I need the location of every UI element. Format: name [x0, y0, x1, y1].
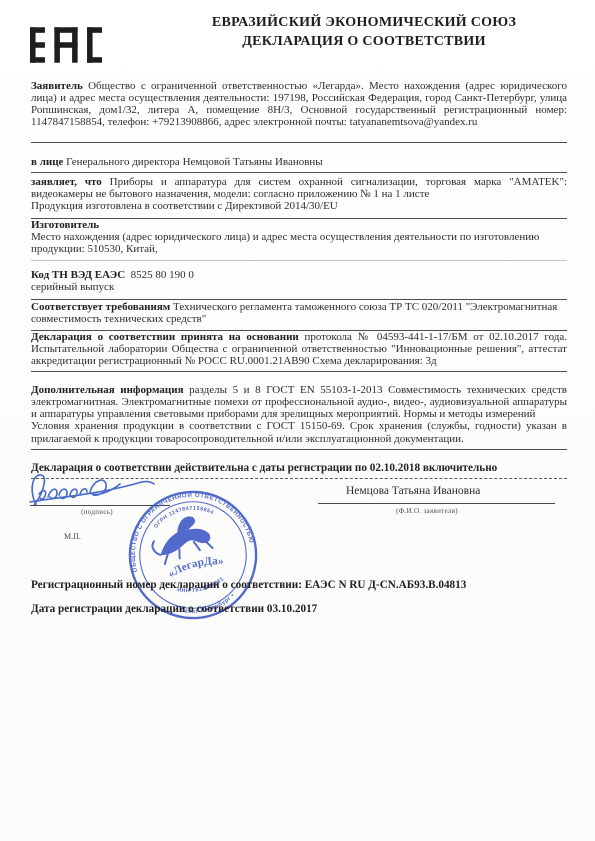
complies-label: Соответствует требованиям — [31, 301, 170, 313]
applicant-label: Заявитель — [31, 80, 83, 92]
manufacturer-text: Место нахождения (адрес юридического лиц… — [31, 231, 567, 261]
declares-text: Приборы и аппаратура для систем охранной… — [31, 176, 567, 200]
additional-paragraph: Дополнительная информация разделы 5 и 8 … — [31, 384, 567, 420]
tnved-label: Код ТН ВЭД ЕАЭС — [31, 269, 125, 281]
person-section: в лице Генерального директора Немцовой Т… — [31, 156, 567, 173]
manufacturer-heading: Изготовитель — [31, 219, 567, 231]
basis-section: Декларация о соответствии принята на осн… — [31, 331, 567, 372]
basis-label: Декларация о соответствии принята на осн… — [31, 331, 299, 343]
tnved-section: Код ТН ВЭД ЕАЭС 8525 80 190 0 серийный в… — [31, 269, 567, 300]
additional-section: Дополнительная информация разделы 5 и 8 … — [31, 384, 567, 450]
additional-label: Дополнительная информация — [31, 384, 184, 396]
storage-text: Условия хранения продукции в соответстви… — [31, 420, 567, 444]
complies-section: Соответствует требованиям Технического р… — [31, 301, 567, 331]
person-text: Генерального директора Немцовой Татьяны … — [66, 156, 323, 168]
name-line — [318, 503, 555, 504]
declares-paragraph: заявляет, что Приборы и аппаратура для с… — [31, 176, 567, 200]
title-line-2: ДЕКЛАРАЦИЯ О СООТВЕТСТВИИ — [150, 32, 578, 51]
declares-label: заявляет, что — [31, 176, 102, 188]
directive-text: Продукция изготовлена в соответствии с Д… — [31, 200, 567, 212]
fio-caption: (Ф.И.О. заявителя) — [352, 507, 502, 515]
mp-caption: М.П. — [64, 532, 81, 541]
document-title: ЕВРАЗИЙСКИЙ ЭКОНОМИЧЕСКИЙ СОЮЗ ДЕКЛАРАЦИ… — [150, 13, 578, 51]
declares-section: заявляет, что Приборы и аппаратура для с… — [31, 176, 567, 219]
applicant-text: Общество с ограниченной ответственностью… — [31, 80, 567, 128]
stamp-company-name: «ЛегарДа» — [165, 551, 228, 582]
reg-date-label: Дата регистрации декларации о соответств… — [31, 603, 264, 615]
serial-text: серийный выпуск — [31, 281, 567, 293]
reg-number-line: Регистрационный номер декларации о соотв… — [31, 579, 571, 591]
tnved-value: 8525 80 190 0 — [131, 269, 194, 281]
reg-date-line: Дата регистрации декларации о соответств… — [31, 603, 571, 615]
reg-number-label: Регистрационный номер декларации о соотв… — [31, 579, 302, 591]
reg-number-value: ЕАЭС N RU Д-CN.АБ93.В.04813 — [305, 579, 467, 591]
applicant-name: Немцова Татьяна Ивановна — [346, 485, 480, 497]
svg-text:«ЛегарДа»: «ЛегарДа» — [165, 551, 228, 582]
title-line-1: ЕВРАЗИЙСКИЙ ЭКОНОМИЧЕСКИЙ СОЮЗ — [150, 13, 578, 32]
applicant-section: Заявитель Общество с ограниченной ответс… — [31, 80, 567, 143]
eac-logo — [30, 22, 102, 68]
reg-date-value: 03.10.2017 — [267, 603, 317, 615]
person-label: в лице — [31, 156, 63, 168]
declaration-document: ЕВРАЗИЙСКИЙ ЭКОНОМИЧЕСКИЙ СОЮЗ ДЕКЛАРАЦИ… — [0, 0, 595, 841]
